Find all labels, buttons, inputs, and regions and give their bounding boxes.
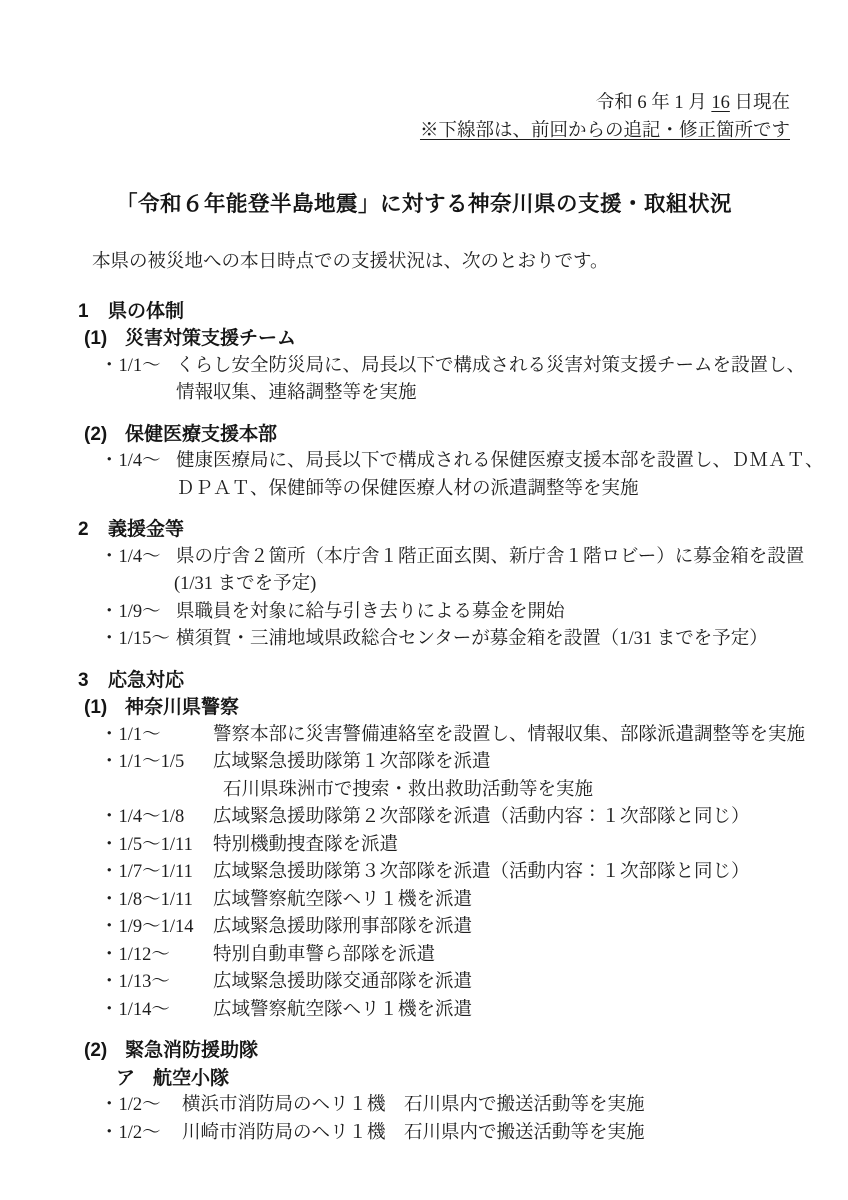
item-text: 県職員を対象に給与引き去りによる募金を開始	[176, 602, 565, 622]
intro-text: 本県の被災地への本日時点での支援状況は、次のとおりです。	[92, 249, 848, 277]
item-text: 警察本部に災害警備連絡室を設置し、情報収集、部隊派遣調整等を実施	[213, 725, 805, 745]
section-3-title: 応急対応	[108, 670, 184, 691]
item-date: ・1/4～1/8	[100, 804, 213, 832]
item-text: 健康医療局に、局長以下で構成される保健医療支援本部を設置し、ＤＭＡＴ、	[176, 451, 824, 471]
subsection-1-1-label: (1)	[84, 325, 125, 353]
item-text: 広域緊急援助隊交通部隊を派遣	[213, 972, 472, 992]
item-text: 川崎市消防局のヘリ１機 石川県内で搬送活動等を実施	[182, 1123, 645, 1143]
item-date: ・1/13～	[100, 969, 213, 997]
list-item: ・1/1～警察本部に災害警備連絡室を設置し、情報収集、部隊派遣調整等を実施	[100, 722, 848, 750]
item-date: ・1/1～	[100, 353, 176, 381]
section-1-number: 1	[78, 298, 108, 326]
revision-note-text: ※下線部は、前回からの追記・修正箇所です	[420, 121, 790, 141]
list-item-continuation: (1/31 までを予定)	[174, 571, 848, 599]
subsection-3-2-title: 緊急消防援助隊	[125, 1040, 258, 1061]
list-item: ・1/13～広域緊急援助隊交通部隊を派遣	[100, 969, 848, 997]
item-date: ・1/5～1/11	[100, 832, 213, 860]
item-text: 広域緊急援助隊第２次部隊を派遣（活動内容：１次部隊と同じ）	[213, 807, 750, 827]
item-date: ・1/4～	[100, 448, 176, 476]
list-item: ・1/15～横須賀・三浦地域県政総合センターが募金箱を設置（1/31 までを予定…	[100, 626, 848, 654]
list-item-continuation: ＤＰＡＴ、保健師等の保健医療人材の派遣調整等を実施	[176, 476, 848, 504]
list-item: ・1/4～健康医療局に、局長以下で構成される保健医療支援本部を設置し、ＤＭＡＴ、	[100, 448, 848, 476]
list-item: ・1/7～1/11広域緊急援助隊第３次部隊を派遣（活動内容：１次部隊と同じ）	[100, 859, 848, 887]
item-date: ・1/15～	[100, 626, 176, 654]
subsection-3-1-heading: (1)神奈川県警察	[84, 694, 848, 722]
section-3-number: 3	[78, 667, 108, 695]
list-item: ・1/9～県職員を対象に給与引き去りによる募金を開始	[100, 599, 848, 627]
item-date: ・1/1～	[100, 722, 213, 750]
list-item: ・1/2～川崎市消防局のヘリ１機 石川県内で搬送活動等を実施	[100, 1120, 848, 1148]
document-meta: 令和 6 年 1 月 16 日現在 ※下線部は、前回からの追記・修正箇所です	[0, 90, 848, 145]
item-date: ・1/2～	[100, 1120, 182, 1148]
list-item-continuation: 石川県珠洲市で捜索・救出救助活動等を実施	[223, 777, 848, 805]
item-date: ・1/9～1/14	[100, 914, 213, 942]
section-1-title: 県の体制	[108, 301, 184, 322]
date-suffix: 日現在	[730, 93, 790, 113]
list-item: ・1/9～1/14広域緊急援助隊刑事部隊を派遣	[100, 914, 848, 942]
subsection-1-1-title: 災害対策支援チーム	[125, 328, 296, 349]
item-date: ・1/7～1/11	[100, 859, 213, 887]
item-date: ・1/1～1/5	[100, 749, 213, 777]
date-line: 令和 6 年 1 月 16 日現在	[0, 90, 790, 118]
item-date: ・1/2～	[100, 1092, 182, 1120]
list-item: ・1/5～1/11特別機動捜査隊を派遣	[100, 832, 848, 860]
subsection-1-1-heading: (1)災害対策支援チーム	[84, 325, 848, 353]
revision-note: ※下線部は、前回からの追記・修正箇所です	[0, 118, 790, 146]
list-item: ・1/4～1/8広域緊急援助隊第２次部隊を派遣（活動内容：１次部隊と同じ）	[100, 804, 848, 832]
subsection-1-2-heading: (2)保健医療支援本部	[84, 421, 848, 449]
item-text: 広域警察航空隊ヘリ１機を派遣	[213, 890, 472, 910]
item-date: ・1/8～1/11	[100, 887, 213, 915]
subsection-1-2-title: 保健医療支援本部	[125, 424, 277, 445]
list-item: ・1/4～県の庁舎２箇所（本庁舎１階正面玄関、新庁舎１階ロビー）に募金箱を設置	[100, 544, 848, 572]
section-2-number: 2	[78, 516, 108, 544]
list-item: ・1/1～くらし安全防災局に、局長以下で構成される災害対策支援チームを設置し、	[100, 353, 848, 381]
list-item: ・1/1～1/5広域緊急援助隊第１次部隊を派遣	[100, 749, 848, 777]
item-text: 横須賀・三浦地域県政総合センターが募金箱を設置（1/31 までを予定）	[176, 629, 768, 649]
section-2-heading: 2義援金等	[78, 516, 848, 544]
subsection-3-2-a-title: 航空小隊	[153, 1068, 229, 1089]
item-date: ・1/4～	[100, 544, 176, 572]
subsection-1-2-label: (2)	[84, 421, 125, 449]
list-item: ・1/12～特別自動車警ら部隊を派遣	[100, 942, 848, 970]
list-item: ・1/8～1/11広域警察航空隊ヘリ１機を派遣	[100, 887, 848, 915]
section-2-title: 義援金等	[108, 519, 184, 540]
page-title: 「令和６年能登半島地震」に対する神奈川県の支援・取組状況	[0, 189, 848, 219]
list-item-continuation: 情報収集、連絡調整等を実施	[176, 380, 848, 408]
item-date: ・1/9～	[100, 599, 176, 627]
revised-date: 16	[711, 93, 730, 113]
item-text: 県の庁舎２箇所（本庁舎１階正面玄関、新庁舎１階ロビー）に募金箱を設置	[176, 547, 804, 567]
item-text: 広域緊急援助隊第１次部隊を派遣	[213, 752, 491, 772]
subsection-3-1-title: 神奈川県警察	[125, 697, 239, 718]
item-text: 横浜市消防局のヘリ１機 石川県内で搬送活動等を実施	[182, 1095, 645, 1115]
item-date: ・1/12～	[100, 942, 213, 970]
subsection-3-2-a-heading: ア航空小隊	[116, 1065, 848, 1093]
item-text: 広域緊急援助隊刑事部隊を派遣	[213, 917, 472, 937]
date-prefix: 令和 6 年 1 月	[596, 93, 712, 113]
item-text: くらし安全防災局に、局長以下で構成される災害対策支援チームを設置し、	[176, 356, 805, 376]
list-item: ・1/14～広域警察航空隊ヘリ１機を派遣	[100, 997, 848, 1025]
subsection-3-2-a-label: ア	[116, 1065, 153, 1093]
section-1-heading: 1県の体制	[78, 298, 848, 326]
item-text: 特別自動車警ら部隊を派遣	[213, 945, 435, 965]
item-date: ・1/14～	[100, 997, 213, 1025]
item-text: 特別機動捜査隊を派遣	[213, 835, 398, 855]
subsection-3-2-label: (2)	[84, 1037, 125, 1065]
item-text: 広域警察航空隊ヘリ１機を派遣	[213, 1000, 472, 1020]
item-text: 広域緊急援助隊第３次部隊を派遣（活動内容：１次部隊と同じ）	[213, 862, 750, 882]
subsection-3-2-heading: (2)緊急消防援助隊	[84, 1037, 848, 1065]
list-item: ・1/2～横浜市消防局のヘリ１機 石川県内で搬送活動等を実施	[100, 1092, 848, 1120]
subsection-3-1-label: (1)	[84, 694, 125, 722]
document-page: 令和 6 年 1 月 16 日現在 ※下線部は、前回からの追記・修正箇所です 「…	[0, 0, 848, 1200]
section-3-heading: 3応急対応	[78, 667, 848, 695]
